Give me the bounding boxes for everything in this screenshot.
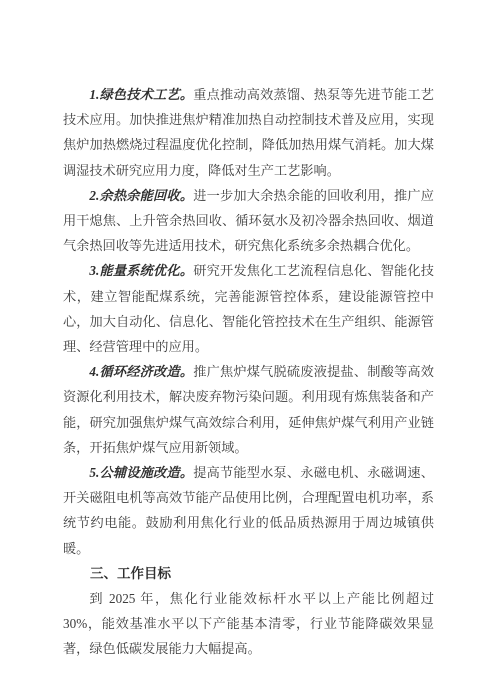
paragraph-lead: 2.余热余能回收。 [89, 188, 193, 203]
paragraph-lead: 4.循环经济改造。 [89, 364, 193, 379]
paragraph: 到 2025 年，焦化行业能效标杆水平以上产能比例超过 30%，能效基准水平以下… [63, 586, 434, 662]
paragraph-lead: 3.能量系统优化。 [89, 263, 193, 278]
paragraph-text: 到 2025 年，焦化行业能效标杆水平以上产能比例超过 30%，能效基准水平以下… [63, 591, 434, 656]
paragraph-lead: 1.绿色技术工艺。 [89, 87, 193, 102]
paragraph: 4.循环经济改造。推广焦炉煤气脱硫废液提盐、制酸等高效资源化利用技术，解决废弃物… [63, 359, 434, 460]
document-content: 1.绿色技术工艺。重点推动高效蒸馏、热泵等先进节能工艺技术应用。加快推进焦炉精准… [63, 82, 434, 662]
paragraph: 1.绿色技术工艺。重点推动高效蒸馏、热泵等先进节能工艺技术应用。加快推进焦炉精准… [63, 82, 434, 183]
paragraph: 3.能量系统优化。研究开发焦化工艺流程信息化、智能化技术，建立智能配煤系统，完善… [63, 258, 434, 359]
document-page: 1.绿色技术工艺。重点推动高效蒸馏、热泵等先进节能工艺技术应用。加快推进焦炉精准… [0, 0, 495, 700]
section-heading: 三、工作目标 [63, 561, 434, 586]
paragraph-lead: 5.公辅设施改造。 [89, 465, 193, 480]
paragraph: 2.余热余能回收。进一步加大余热余能的回收利用，推广应用干熄焦、上升管余热回收、… [63, 183, 434, 259]
paragraph: 5.公辅设施改造。提高节能型水泵、永磁电机、永磁调速、开关磁阻电机等高效节能产品… [63, 460, 434, 561]
